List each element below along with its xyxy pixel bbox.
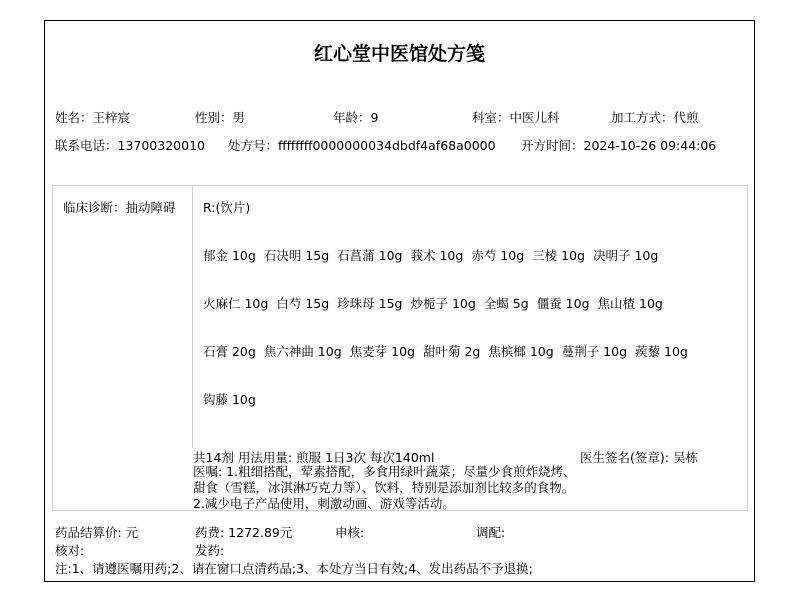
herb-item: 焦麦芽 10g <box>350 344 415 359</box>
patient-name: 姓名：王梓宸 <box>55 108 130 126</box>
patient-gender: 性别：男 <box>195 108 245 126</box>
rx-header: R:(饮片) <box>203 198 250 216</box>
herb-line-3: 石膏 20g焦六神曲 10g焦麦芽 10g甜叶菊 2g焦槟榔 10g蔓荆子 10… <box>203 342 696 360</box>
dispense-mix: 调配: <box>476 523 505 541</box>
prescription-sheet: 红心堂中医馆处方笺 姓名：王梓宸 性别：男 年龄：9 科室：中医儿科 加工方式：… <box>44 20 755 582</box>
herb-item: 僵蚕 10g <box>537 296 590 311</box>
herb-line-1: 郁金 10g石决明 15g石菖蒲 10g莪术 10g赤芍 10g三棱 10g决明… <box>203 246 666 264</box>
herb-item: 甜叶菊 2g <box>423 344 480 359</box>
herb-item: 炒栀子 10g <box>410 296 475 311</box>
herb-item: 焦山楂 10g <box>598 296 663 311</box>
prescription-time: 开方时间：2024-10-26 09:44:06 <box>521 136 716 154</box>
contact-phone: 联系电话：13700320010 <box>55 136 205 154</box>
patient-age: 年龄：9 <box>333 108 378 126</box>
herb-item: 焦槟榔 10g <box>488 344 553 359</box>
herb-item: 莪术 10g <box>410 248 463 263</box>
review: 申核: <box>335 523 364 541</box>
herb-item: 焦六神曲 10g <box>264 344 342 359</box>
herb-item: 郁金 10g <box>203 248 256 263</box>
footer-note: 注:1、请遵医嘱用药;2、请在窗口点清药品;3、本处方当日有效;4、发出药品不予… <box>55 559 533 577</box>
processing-method: 加工方式：代煎 <box>611 108 699 126</box>
clinical-diagnosis: 临床诊断：抽动障碍 <box>63 198 176 216</box>
herb-item: 石决明 15g <box>264 248 329 263</box>
herb-item: 火麻仁 10g <box>203 296 268 311</box>
herb-item: 全蝎 5g <box>484 296 529 311</box>
settle-price: 药品结算价: 元 <box>55 523 138 541</box>
herb-item: 三棱 10g <box>532 248 585 263</box>
herb-item: 蔓荆子 10g <box>562 344 627 359</box>
medical-advice: 医嘱: 1.粗细搭配，荤素搭配，多食用绿叶蔬菜；尽量少食煎炸烧烤、甜食（雪糕，冰… <box>193 464 583 512</box>
herb-item: 珍珠母 15g <box>337 296 402 311</box>
herb-item: 钩藤 10g <box>203 392 256 407</box>
herb-item: 石膏 20g <box>203 344 256 359</box>
drug-fee: 药费: 1272.89元 <box>195 523 292 541</box>
herb-line-4: 钩藤 10g <box>203 390 264 408</box>
issue-drug: 发药: <box>195 541 224 559</box>
herb-item: 赤芍 10g <box>471 248 524 263</box>
herb-item: 石菖蒲 10g <box>337 248 402 263</box>
check: 核对: <box>55 541 84 559</box>
herb-line-2: 火麻仁 10g白芍 15g珍珠母 15g炒栀子 10g全蝎 5g僵蚕 10g焦山… <box>203 294 671 312</box>
doctor-signature: 医生签名(签章): 吴栋 <box>580 448 698 466</box>
prescription-body: 临床诊断：抽动障碍 R:(饮片) 郁金 10g石决明 15g石菖蒲 10g莪术 … <box>52 185 748 511</box>
herb-item: 蒺藜 10g <box>635 344 688 359</box>
herb-item: 白芍 15g <box>276 296 329 311</box>
page-title: 红心堂中医馆处方笺 <box>45 39 754 66</box>
column-divider <box>192 186 193 448</box>
prescription-number: 处方号：ffffffff0000000034dbdf4af68a0000 <box>228 136 496 154</box>
department: 科室：中医儿科 <box>472 108 560 126</box>
herb-item: 决明子 10g <box>593 248 658 263</box>
